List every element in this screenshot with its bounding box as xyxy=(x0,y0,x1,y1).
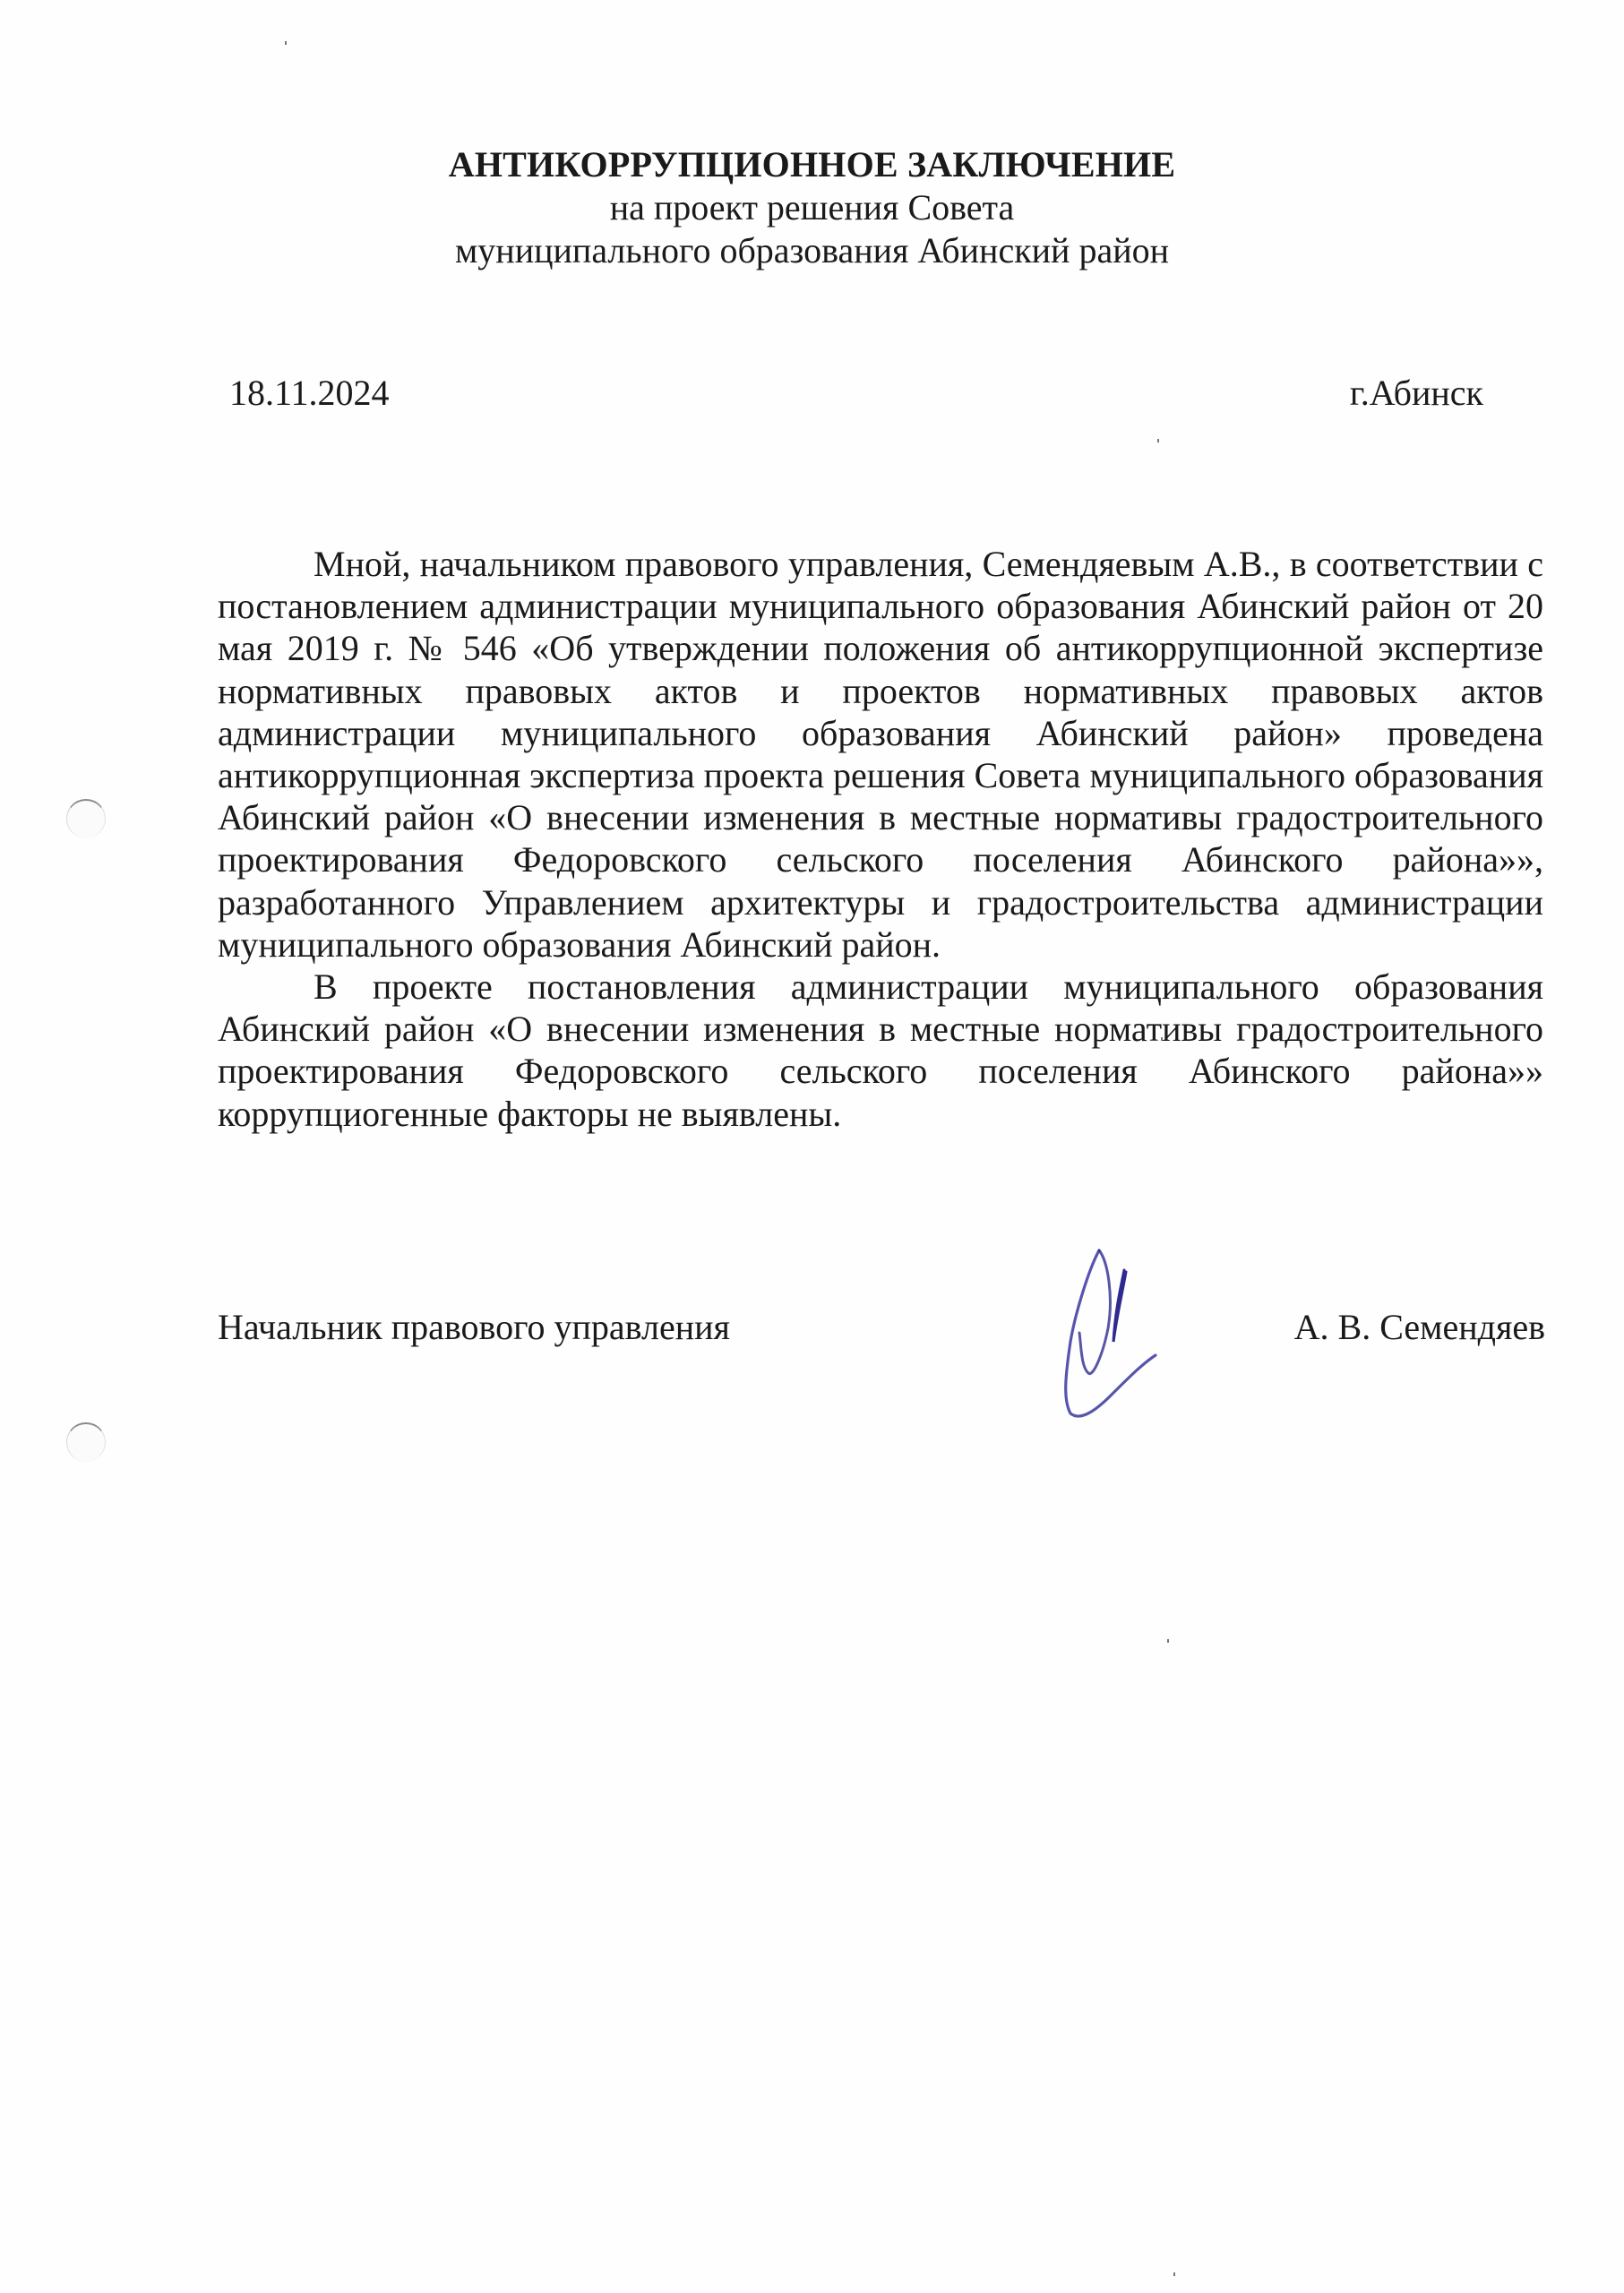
document-body: Мной, начальником правового управления, … xyxy=(218,543,1543,1135)
body-paragraph-1: Мной, начальником правового управления, … xyxy=(218,543,1543,966)
scan-speck xyxy=(1167,1639,1169,1643)
document-title: АНТИКОРРУПЦИОННОЕ ЗАКЛЮЧЕНИЕ xyxy=(0,143,1624,186)
document-subtitle-line2: муниципального образования Абинский райо… xyxy=(0,229,1624,272)
date-place-row: 18.11.2024 г.Абинск xyxy=(229,371,1483,416)
signatory-position: Начальник правового управления xyxy=(218,1301,730,1354)
hole-punch-icon xyxy=(66,1422,106,1462)
document-city: г.Абинск xyxy=(1350,371,1483,416)
body-paragraph-2: В проекте постановления администрации му… xyxy=(218,966,1543,1135)
scan-speck xyxy=(1157,439,1159,442)
document-header: АНТИКОРРУПЦИОННОЕ ЗАКЛЮЧЕНИЕ на проект р… xyxy=(0,143,1624,272)
scan-speck xyxy=(1173,2272,1175,2276)
document-subtitle-line1: на проект решения Совета xyxy=(0,186,1624,229)
hole-punch-icon xyxy=(66,799,106,838)
signatory-name: А. В. Семендяев xyxy=(1294,1301,1545,1354)
handwritten-signature-icon xyxy=(1044,1243,1178,1431)
signature-block: Начальник правового управления А. В. Сем… xyxy=(218,1301,1545,1354)
document-page: АНТИКОРРУПЦИОННОЕ ЗАКЛЮЧЕНИЕ на проект р… xyxy=(0,0,1624,2293)
scan-speck xyxy=(285,41,287,45)
document-date: 18.11.2024 xyxy=(229,371,390,416)
